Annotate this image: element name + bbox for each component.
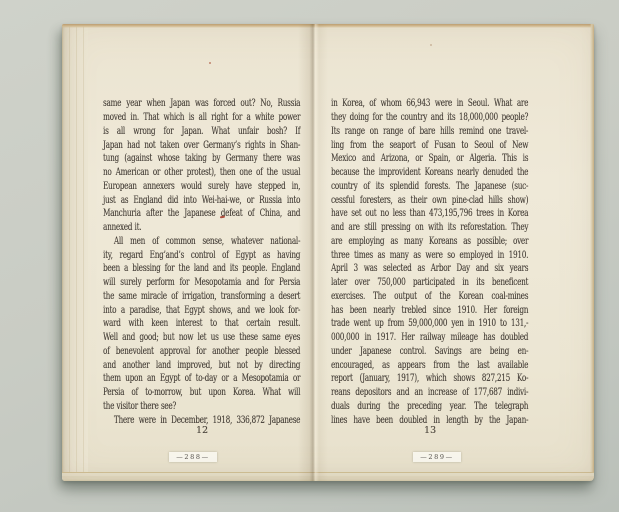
word: the xyxy=(439,291,450,302)
word: but xyxy=(190,387,201,398)
word: What xyxy=(494,98,512,109)
word: men xyxy=(130,236,145,247)
word: so xyxy=(447,250,455,261)
word: good; xyxy=(139,332,158,343)
word: Her xyxy=(401,332,414,343)
word: will xyxy=(103,277,115,288)
word: in xyxy=(498,250,504,261)
text-line: reansdepositorsandanincreaseof177,687ind… xyxy=(331,386,528,400)
word: keen xyxy=(151,318,168,329)
word: another xyxy=(212,346,239,357)
word: employing xyxy=(348,236,384,247)
word: result. xyxy=(278,318,300,329)
page-stack-top-edge xyxy=(62,24,594,28)
word: length xyxy=(446,415,468,426)
word: desert xyxy=(278,291,300,302)
word: will xyxy=(288,387,300,398)
word: All xyxy=(114,236,123,247)
word: travel- xyxy=(506,126,528,137)
word: The xyxy=(474,401,487,412)
word: by xyxy=(212,153,220,164)
word: the xyxy=(489,415,500,426)
word: Russia xyxy=(259,195,282,206)
text-line: andanotherlandimproved,butnotbydirecting xyxy=(103,358,300,372)
word: available xyxy=(497,360,528,371)
word: an xyxy=(414,387,422,398)
word: one xyxy=(489,126,502,137)
word: they xyxy=(331,112,346,123)
word: times xyxy=(354,250,373,261)
word: year. xyxy=(450,401,466,412)
word: This xyxy=(502,153,517,164)
word: one xyxy=(239,167,252,178)
word: since xyxy=(433,305,451,316)
word: out xyxy=(365,208,376,219)
word: (against xyxy=(124,153,152,164)
word: of xyxy=(103,346,110,357)
text-line: thesamemiracleofirrigation,transforminga… xyxy=(103,290,300,304)
word: had xyxy=(127,140,140,151)
word: the xyxy=(103,401,114,412)
word: cessful xyxy=(331,195,355,206)
word: by xyxy=(474,415,482,426)
word: has xyxy=(483,332,495,343)
word: of xyxy=(369,98,376,109)
word: with xyxy=(128,318,143,329)
word: let xyxy=(198,332,207,343)
text-line: ity,regardEng’and’scontrolofEgyptashavin… xyxy=(103,248,300,262)
word: Mesopotamia xyxy=(194,277,241,288)
word: a xyxy=(121,305,125,316)
word: as xyxy=(263,250,271,261)
word: ward xyxy=(103,318,121,329)
text-line: andarestillpressingonwithitsreforestatio… xyxy=(331,221,528,235)
word: of xyxy=(408,126,415,137)
text-line: havesetoutnolessthan473,195,796treesinKo… xyxy=(331,207,528,221)
word: improved, xyxy=(177,360,212,371)
word: doing xyxy=(350,112,369,123)
word: The xyxy=(373,291,386,302)
word: If xyxy=(295,126,300,137)
word: now xyxy=(179,332,193,343)
word: it. xyxy=(135,222,142,233)
open-book: sameyearwhenJapanwasforcedout?No,Russiam… xyxy=(62,24,594,481)
word: Egypt xyxy=(160,373,180,384)
word: depositors xyxy=(355,387,391,398)
word: into xyxy=(183,195,196,206)
word: because xyxy=(331,167,359,178)
word: seaport xyxy=(390,140,416,151)
word: reforestation. xyxy=(460,222,507,233)
word: blessing xyxy=(132,263,160,274)
word: being xyxy=(490,346,509,357)
word: year xyxy=(126,98,141,109)
word: No, xyxy=(260,98,272,109)
word: stepped xyxy=(258,181,285,192)
text-line: isallwrongforJapan.Whatunfairbosh?If xyxy=(103,125,300,139)
word: been xyxy=(376,415,393,426)
word: of xyxy=(363,181,370,192)
word: (suc- xyxy=(512,181,528,192)
word: upon xyxy=(208,387,225,398)
word: six xyxy=(494,263,503,274)
text-line: thevisitortheresee? xyxy=(103,400,300,414)
word: Russia xyxy=(278,98,301,109)
word: lines xyxy=(331,415,347,426)
word: Seoul. xyxy=(468,98,489,109)
word: of xyxy=(248,208,255,219)
word: are xyxy=(470,346,481,357)
word: of xyxy=(222,250,229,261)
word: all xyxy=(117,126,125,137)
word: these xyxy=(239,332,258,343)
word: and xyxy=(362,153,375,164)
word: were xyxy=(425,250,442,261)
word: of xyxy=(500,140,507,151)
word: forced xyxy=(213,98,235,109)
word: 473,195,796 xyxy=(429,208,472,219)
word: Koreans xyxy=(425,167,453,178)
word: usual xyxy=(282,167,300,178)
word: the xyxy=(388,401,399,412)
word: which xyxy=(164,112,185,123)
text-line: Europeanannexerswouldsurelyhavesteppedin… xyxy=(103,180,300,194)
word: after xyxy=(146,208,162,219)
word: white xyxy=(255,112,274,123)
word: same xyxy=(262,332,280,343)
text-line: ofbenevolentapprovalforanotherpeoplebles… xyxy=(103,345,300,359)
word: three xyxy=(331,250,349,261)
word: or xyxy=(247,195,254,206)
text-line: themuponanEgyptofto-dayoraMesopotamiaor xyxy=(103,372,300,386)
word: taking xyxy=(185,153,207,164)
left-page-number: 12 xyxy=(103,425,301,436)
word: Spain, xyxy=(428,153,450,164)
word: country xyxy=(401,112,427,123)
word: with xyxy=(428,222,443,233)
word: range xyxy=(383,126,403,137)
word: 66,943 xyxy=(406,98,430,109)
left-catalog-label: —288— xyxy=(169,452,217,462)
word: What xyxy=(262,387,280,398)
word: or xyxy=(153,167,160,178)
word: have xyxy=(353,415,369,426)
text-line: cessfulforesters,astheirownpine-cladhill… xyxy=(331,193,528,207)
word: was xyxy=(195,98,208,109)
word: in xyxy=(457,98,463,109)
word: and xyxy=(246,277,259,288)
word: power xyxy=(278,112,300,123)
word: control xyxy=(191,250,215,261)
word: to xyxy=(461,140,468,151)
word: another xyxy=(122,360,149,371)
word: when xyxy=(146,98,165,109)
word: Korean xyxy=(458,291,483,302)
word: people xyxy=(245,346,268,357)
word: were xyxy=(139,415,156,426)
text-line: countryofitssplendidforests.TheJapanese(… xyxy=(331,180,528,194)
word: other xyxy=(164,167,182,178)
word: Egypt xyxy=(235,250,255,261)
text-line: tung(againstwhosetakingbyGermanytherewas xyxy=(103,152,300,166)
word: tung xyxy=(103,153,119,164)
word: Germany’s xyxy=(203,140,240,151)
text-line: tradewentupfrom59,000,000yenin1910to131,… xyxy=(331,317,528,331)
word: Persia xyxy=(103,387,124,398)
word: interest xyxy=(176,318,203,329)
word: over xyxy=(355,277,370,288)
word: approval xyxy=(160,346,190,357)
word: show) xyxy=(508,195,529,206)
word: us xyxy=(211,332,219,343)
word: Fusan xyxy=(434,140,455,151)
word: for xyxy=(164,126,174,137)
word: as xyxy=(398,195,406,206)
word: exercises. xyxy=(331,291,365,302)
word: shows, xyxy=(209,305,232,316)
word: of xyxy=(131,387,138,398)
text-line: annexedit. xyxy=(103,221,300,235)
word: eyes xyxy=(285,332,300,343)
page-stack-left-edge xyxy=(62,24,88,481)
word: the xyxy=(103,291,114,302)
word: 1910. xyxy=(509,250,528,261)
text-line: underJapanesecontrol.Savingsarebeingen- xyxy=(331,345,528,359)
word: just xyxy=(103,195,116,206)
word: Japan xyxy=(170,98,190,109)
word: is xyxy=(189,112,195,123)
word: same xyxy=(103,98,121,109)
word: transforming xyxy=(221,291,266,302)
word: moved xyxy=(103,112,126,123)
word: a xyxy=(246,112,250,123)
word: annexed xyxy=(103,222,132,233)
word: the xyxy=(267,167,278,178)
word: land xyxy=(194,263,209,274)
word: annexers xyxy=(143,181,174,192)
word: no xyxy=(380,208,389,219)
word: nearly xyxy=(373,305,395,316)
word: Manchuria xyxy=(103,208,141,219)
text-line: laterover750,000participatedinitsbenefic… xyxy=(331,276,528,290)
word: Her xyxy=(484,305,497,316)
word: Wei-hai-we, xyxy=(202,195,242,206)
text-line: areemployingasmanyKoreansaspossible;over xyxy=(331,235,528,249)
word: forests. xyxy=(425,181,450,192)
word: control. xyxy=(400,346,426,357)
word: during xyxy=(357,401,380,412)
word: of xyxy=(462,387,469,398)
word: by xyxy=(254,360,262,371)
word: 1917. xyxy=(376,332,395,343)
text-line: Allmenofcommonsense,whatevernational- xyxy=(103,235,300,249)
text-line: justasEnglanddidintoWei-hai-we,orRussiai… xyxy=(103,193,300,207)
word: is xyxy=(103,126,109,137)
word: the xyxy=(363,167,374,178)
word: mileage xyxy=(450,332,477,343)
word: increase xyxy=(428,387,457,398)
word: whose xyxy=(157,153,179,164)
word: went xyxy=(354,318,371,329)
word: Korea, xyxy=(342,98,364,109)
word: use xyxy=(223,332,235,343)
word: Mexico xyxy=(331,153,356,164)
word: their xyxy=(411,195,427,206)
word: England xyxy=(133,195,162,206)
word: and xyxy=(431,112,444,123)
text-line: April3wasselectedasArborDayandsixyears xyxy=(331,262,528,276)
word: in. xyxy=(130,112,139,123)
word: 3 xyxy=(354,263,358,274)
word: That xyxy=(143,112,159,123)
word: possible; xyxy=(477,236,507,247)
word: Its xyxy=(331,126,340,137)
word: Japanese xyxy=(184,208,215,219)
word: foreign xyxy=(504,305,529,316)
word: are xyxy=(517,98,528,109)
word: the xyxy=(168,208,179,219)
word: blessed xyxy=(274,346,300,357)
word: England xyxy=(271,263,300,274)
word: and xyxy=(122,332,135,343)
right-page-number: 13 xyxy=(331,425,529,436)
word: certain xyxy=(246,318,270,329)
word: is xyxy=(523,153,529,164)
word: then xyxy=(220,167,236,178)
word: splendid xyxy=(390,181,419,192)
word: up xyxy=(375,318,384,329)
word: are xyxy=(348,222,359,233)
text-line: Persiaofto-morrow,butuponKorea.Whatwill xyxy=(103,386,300,400)
word: or xyxy=(221,373,228,384)
word: many xyxy=(404,236,423,247)
word: from xyxy=(350,140,366,151)
word: of xyxy=(171,291,178,302)
word: or xyxy=(415,153,422,164)
word: 827,215 xyxy=(482,373,510,384)
word: all xyxy=(199,112,207,123)
text-line: movedin.Thatwhichisallrightforawhitepowe… xyxy=(103,111,300,125)
word: people? xyxy=(501,112,528,123)
word: pressing xyxy=(381,222,410,233)
word: for xyxy=(373,112,383,123)
word: There xyxy=(114,415,134,426)
word: not xyxy=(237,360,248,371)
word: trees xyxy=(476,208,493,219)
word: Japan xyxy=(103,140,123,151)
word: has xyxy=(331,305,343,316)
word: over xyxy=(184,140,199,151)
word: out? xyxy=(240,98,255,109)
word: 000,000 xyxy=(331,332,359,343)
word: rights xyxy=(245,140,265,151)
text-line: 000,000in1917.Herrailwaymileagehasdouble… xyxy=(331,331,528,345)
word: on xyxy=(415,222,424,233)
word: over xyxy=(513,236,528,247)
word: in xyxy=(269,140,275,151)
word: in xyxy=(468,318,474,329)
word: regard xyxy=(120,250,143,261)
word: protest), xyxy=(187,167,216,178)
word: beneficent xyxy=(492,277,528,288)
word: its xyxy=(447,112,455,123)
word: Persia xyxy=(279,277,300,288)
word: hills xyxy=(488,195,502,206)
word: 131,- xyxy=(511,318,528,329)
word: Ko- xyxy=(517,373,528,384)
word: the xyxy=(517,167,528,178)
word: into xyxy=(103,305,116,316)
right-page-text: inKorea,ofwhom66,943wereinSeoul.Whataret… xyxy=(331,97,528,427)
word: as xyxy=(417,263,425,274)
word: Germany xyxy=(226,153,258,164)
word: nearly xyxy=(457,167,479,178)
word: as xyxy=(463,236,471,247)
word: benevolent xyxy=(116,346,154,357)
word: and xyxy=(287,208,300,219)
word: Seoul xyxy=(474,140,493,151)
word: that xyxy=(225,318,239,329)
word: 1917), xyxy=(397,373,419,384)
word: to-morrow, xyxy=(145,387,182,398)
word: wrong xyxy=(133,126,155,137)
word: duals xyxy=(331,401,349,412)
word: whatever xyxy=(231,236,263,247)
word: last xyxy=(477,360,489,371)
word: its xyxy=(476,277,484,288)
word: surely xyxy=(120,277,141,288)
text-line: JapanhadnottakenoverGermany’srightsinSha… xyxy=(103,138,300,152)
word: 18,000,000 xyxy=(459,112,498,123)
dust-speck xyxy=(209,62,211,64)
word: to-day xyxy=(196,373,217,384)
word: right xyxy=(211,112,228,123)
word: denuded xyxy=(483,167,513,178)
page-stack-right-edge xyxy=(590,24,594,481)
left-page-text: sameyearwhenJapanwasforcedout?No,Russiam… xyxy=(103,97,300,427)
word: preceding xyxy=(407,401,442,412)
word: taken xyxy=(160,140,179,151)
word: from xyxy=(388,318,404,329)
word: perform xyxy=(146,277,174,288)
word: bare xyxy=(419,126,435,137)
photo-background: sameyearwhenJapanwasforcedout?No,Russiam… xyxy=(0,0,619,512)
word: in xyxy=(433,415,439,426)
text-line: Wellandgood;butnowletususethesesameeyes xyxy=(103,331,300,345)
word: not xyxy=(144,140,155,151)
word: its xyxy=(376,181,384,192)
word: look xyxy=(269,305,283,316)
word: but xyxy=(219,360,230,371)
word: and xyxy=(103,360,116,371)
word: Japanese xyxy=(475,181,506,192)
word: of xyxy=(425,291,432,302)
word: trebled xyxy=(401,305,426,316)
word: and xyxy=(331,222,344,233)
word: Day xyxy=(456,263,469,274)
text-line: willsurelyperformforMesopotamiaandforPer… xyxy=(103,276,300,290)
word: see? xyxy=(161,401,176,412)
word: Japan. xyxy=(182,126,204,137)
word: sense, xyxy=(202,236,223,247)
text-line: becausetheimprovidentKoreansnearlydenude… xyxy=(331,166,528,180)
word: the xyxy=(458,360,469,371)
word: them xyxy=(103,373,121,384)
word: as xyxy=(390,236,398,247)
page-stack-bottom-edge xyxy=(62,472,594,481)
word: for xyxy=(196,346,206,357)
word: to xyxy=(210,318,217,329)
